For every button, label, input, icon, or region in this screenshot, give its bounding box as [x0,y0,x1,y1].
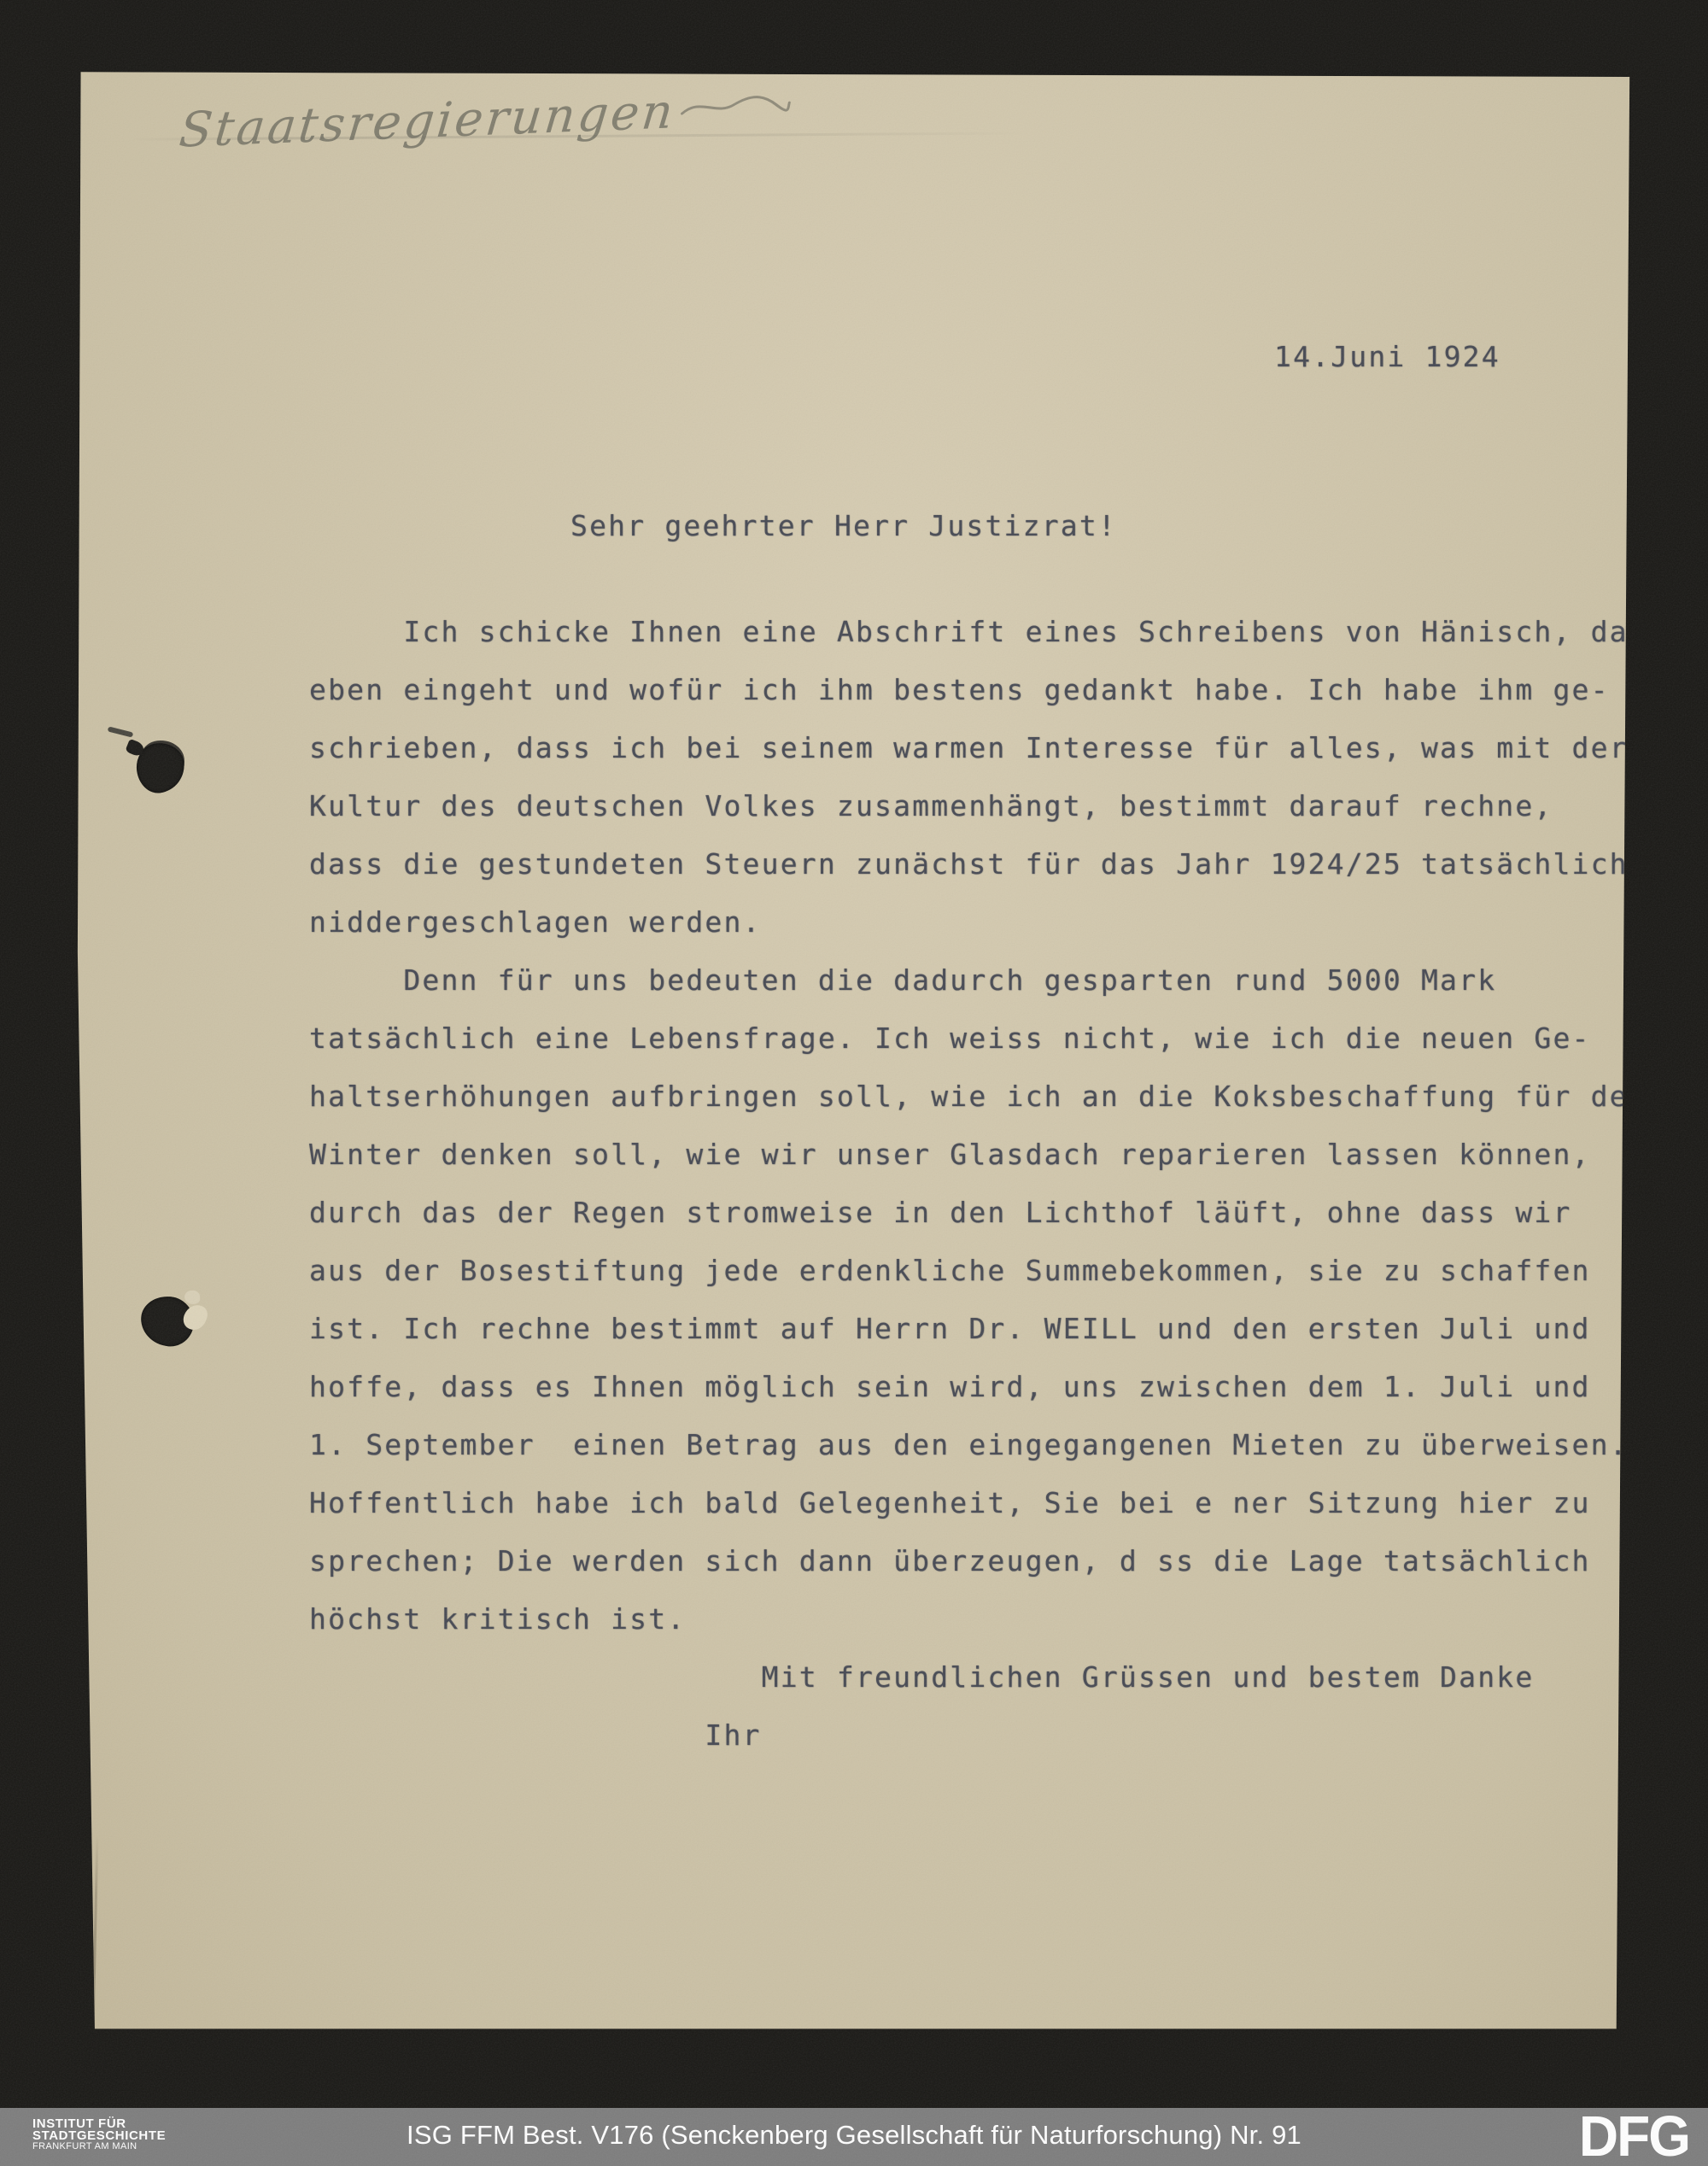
letter-body-line: haltserhöhungen aufbringen soll, wie ich… [309,1068,1631,1126]
letter-body-line: hoffe, dass es Ihnen möglich sein wird, … [309,1358,1631,1416]
letter-body-line: sprechen; Die werden sich dann überzeuge… [309,1532,1631,1590]
letter-body-line: Kultur des deutschen Volkes zusammenhäng… [309,777,1631,835]
letter-body-line: Mit freundlichen Grüssen und bestem Dank… [309,1648,1631,1706]
letter-body-line: Ihr [309,1706,1631,1765]
letter-body: Ich schicke Ihnen eine Abschrift eines S… [309,603,1631,1765]
letter-body-line: eben eingeht und wofür ich ihm bestens g… [309,661,1631,719]
letter-body-line: tatsächlich eine Lebensfrage. Ich weiss … [309,1010,1631,1068]
letter-body-line: durch das der Regen stromweise in den Li… [309,1184,1631,1242]
letter-body-line: schrieben, dass ich bei seinem warmen In… [309,719,1631,777]
letter-salutation: Sehr geehrter Herr Justizrat! [570,509,1117,542]
letter-body-line: aus der Bosestiftung jede erdenkliche Su… [309,1242,1631,1300]
letter-body-line: höchst kritisch ist. [309,1590,1631,1648]
archive-reference: ISG FFM Best. V176 (Senckenberg Gesellsc… [0,2120,1708,2151]
letter-body-line: Ich schicke Ihnen eine Abschrift eines S… [309,603,1631,661]
letter-body-line: dass die gestundeten Steuern zunächst fü… [309,835,1631,893]
letter-body-line: ist. Ich rechne bestimmt auf Herrn Dr. W… [309,1300,1631,1358]
dfg-logo: DFG [1579,2107,1689,2166]
punch-hole-bottom [138,1294,196,1349]
letter-body-line: 1. September einen Betrag aus den eingeg… [309,1416,1631,1474]
pen-flourish [679,87,793,127]
scan-page: Staatsregierungen 14.Juni 1924 Sehr geeh… [0,0,1708,2166]
footer-bar: INSTITUT FÜR STADTGESCHICHTE FRANKFURT A… [0,2108,1708,2166]
letter-body-line: Winter denken soll, wie wir unser Glasda… [309,1126,1631,1184]
handwritten-annotation: Staatsregierungen [177,78,831,158]
letter-body-line: niddergeschlagen werden. [309,893,1631,951]
paper-crease [92,1835,99,2031]
document-scan: Staatsregierungen 14.Juni 1924 Sehr geeh… [77,70,1631,2033]
punch-hole-top [133,740,188,795]
handwritten-annotation-text: Staatsregierungen [177,84,678,159]
letter-date: 14.Juni 1924 [1274,340,1500,373]
letter-body-line: Hoffentlich habe ich bald Gelegenheit, S… [309,1474,1631,1532]
punch-hole-top-tear-mark [108,726,134,737]
letter-body-line: Denn für uns bedeuten die dadurch gespar… [309,951,1631,1010]
